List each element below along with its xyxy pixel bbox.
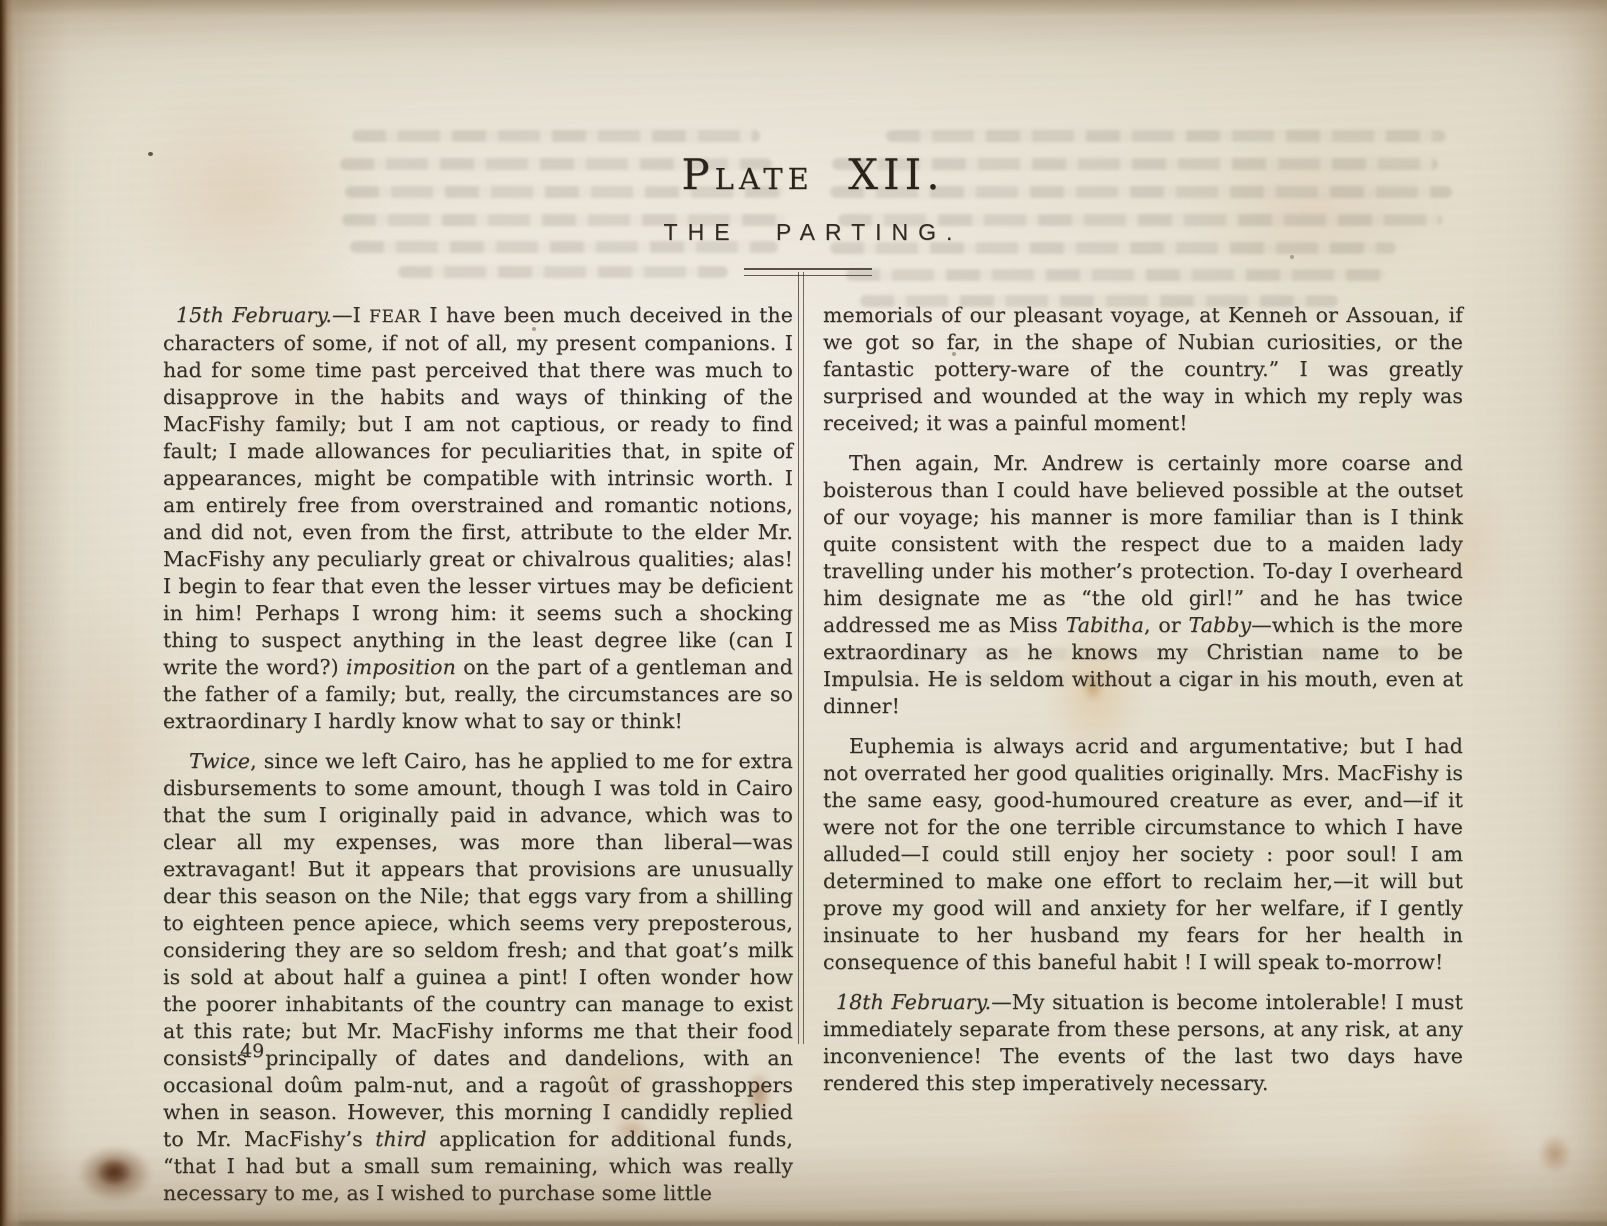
- paragraph: Twice, since we left Cairo, has he appli…: [163, 748, 793, 1207]
- paragraph: 15th February.—I FEAR I have been much d…: [163, 302, 793, 735]
- right-column: memorials of our pleasant voyage, at Ken…: [823, 302, 1463, 1220]
- binding-edge-highlight: [15, 0, 18, 1226]
- ink-speck: [148, 152, 153, 156]
- binding-edge: [0, 0, 26, 1226]
- ink-blot: [1538, 1134, 1572, 1174]
- paragraph: Then again, Mr. Andrew is certainly more…: [823, 450, 1463, 720]
- page-edge-top: [0, 0, 1607, 16]
- column-gap: [793, 302, 823, 1220]
- stain: [40, 580, 180, 900]
- paragraph: memorials of our pleasant voyage, at Ken…: [823, 302, 1463, 437]
- bleed-through-line: [398, 266, 728, 278]
- ink-speck: [1290, 255, 1294, 259]
- book-page: Plate XII. THE PARTING. 15th February.—I…: [0, 0, 1607, 1226]
- page-number: 49: [240, 1040, 264, 1062]
- text-columns: 15th February.—I FEAR I have been much d…: [163, 302, 1463, 1220]
- left-column: 15th February.—I FEAR I have been much d…: [163, 302, 793, 1220]
- paragraph: Euphemia is always acrid and argumentati…: [823, 733, 1463, 976]
- bleed-through-line: [846, 269, 1386, 281]
- plate-title: Plate XII.: [163, 150, 1463, 199]
- title-divider-rule: [744, 268, 872, 276]
- paragraph: 18th February.—My situation is become in…: [823, 989, 1463, 1097]
- bleed-through-line: [886, 130, 1446, 142]
- bleed-through-line: [352, 130, 760, 142]
- ink-blot: [96, 1158, 132, 1186]
- ink-blot: [78, 1146, 152, 1202]
- section-title: THE PARTING.: [163, 219, 1463, 246]
